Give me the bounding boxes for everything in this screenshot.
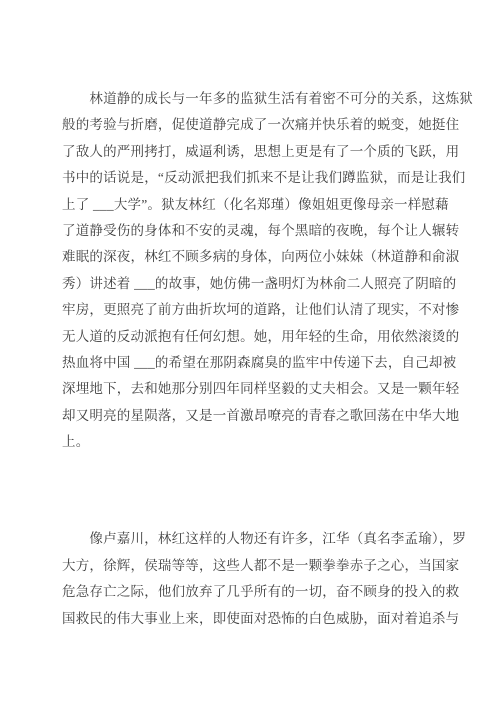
text-line: 大方，徐辉，侯瑞等等，这些人都不是一颗拳拳赤子之心，当国家 [62,553,442,579]
text-line: 难眠的深夜，林红不顾多病的身体，向两位小妹妹（林道静和俞淑 [62,244,442,270]
text-line: 林道静的成长与一年多的监狱生活有着密不可分的关系，这炼狱 [62,86,442,112]
text-line: 无人道的反动派抱有任何幻想。她，用年轻的生命，用依然滚烫的 [62,324,442,350]
text-line: 却又明亮的星陨落，又是一首激昂嘹亮的青春之歌回荡在中华大地 [62,403,442,429]
text-line: 上了 ___大学”。狱友林红（化名郑瑾）像姐姐更像母亲一样慰藉 [62,192,442,218]
text-line: 了敌人的严刑拷打，威逼利诱，思想上更是有了一个质的飞跃，用 [62,139,442,165]
paragraph-2: 像卢嘉川，林红这样的人物还有许多，江华（真名李孟瑜），罗大方，徐辉，侯瑞等等，这… [62,526,442,632]
text-line: 上。 [62,429,442,455]
text-line: 深埋地下，去和她那分别四年同样坚毅的丈夫相会。又是一颗年轻 [62,376,442,402]
text-line: 像卢嘉川，林红这样的人物还有许多，江华（真名李孟瑜），罗 [62,526,442,552]
text-line: 了道静受伤的身体和不安的灵魂，每个黑暗的夜晚，每个让人辗转 [62,218,442,244]
text-line: 牢房，更照亮了前方曲折坎坷的道路，让他们认清了现实，不对惨 [62,297,442,323]
paragraph-1: 林道静的成长与一年多的监狱生活有着密不可分的关系，这炼狱般的考验与折磨，促使道静… [62,86,442,455]
document-page: 林道静的成长与一年多的监狱生活有着密不可分的关系，这炼狱般的考验与折磨，促使道静… [0,0,500,708]
text-line: 危急存亡之际，他们放弃了几乎所有的一切，奋不顾身的投入的救 [62,579,442,605]
text-line: 般的考验与折磨，促使道静完成了一次痛并快乐着的蜕变，她挺住 [62,112,442,138]
text-line: 书中的话说是，“反动派把我们抓来不是让我们蹲监狱，而是让我们 [62,165,442,191]
text-line: 国救民的伟大事业上来，即使面对恐怖的白色威胁，面对着追杀与 [62,606,442,632]
text-line: 热血将中国 ___的希望在那阴森腐臭的监牢中传递下去，自己却被 [62,350,442,376]
text-line: 秀）讲述着 ___的故事，她仿佛一盏明灯为林俞二人照亮了阴暗的 [62,271,442,297]
